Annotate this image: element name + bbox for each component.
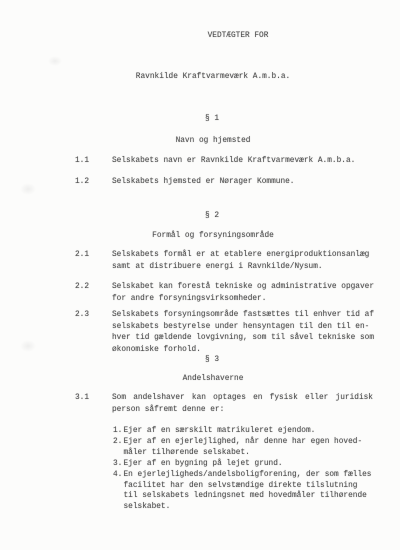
scan-smudge	[20, 183, 36, 195]
list-item-number: 3.	[113, 459, 124, 470]
clause-text: Selskabets forsyningsområde fastsættes t…	[112, 310, 375, 356]
clause-text: Selskabets navn er Ravnkilde Kraftvarmev…	[112, 156, 375, 168]
section-1-heading: Navn og hjemsted	[176, 136, 251, 148]
clause-line: Selskabet kan forestå tekniske og admini…	[112, 282, 375, 294]
list-item-text: Ejer af en ejerlejlighed, når denne har …	[124, 437, 376, 459]
document-title: VEDTÆGTER FOR	[208, 31, 269, 43]
clause-line: Selskabets hjemsted er Nørager Kommune.	[112, 177, 375, 189]
list-item: 3. Ejer af en bygning på lejet grund.	[113, 459, 375, 470]
clause-text: Selskabets hjemsted er Nørager Kommune.	[112, 177, 375, 189]
document-subtitle: Ravnkilde Kraftvarmeværk A.m.b.a.	[136, 72, 290, 84]
clause-line: for andre forsyningsvirksomheder.	[112, 294, 375, 306]
clause-text: Som andelshaver kan optages en fysisk el…	[112, 393, 375, 416]
clause-line: Selskabets forsyningsområde fastsættes t…	[112, 310, 375, 322]
list-item-line: selskabet.	[124, 502, 376, 513]
clause-number: 3.1	[75, 393, 112, 405]
section-1-mark: § 1	[205, 114, 219, 126]
list-item-line: til selskabets ledningsnet med hovedmåle…	[124, 491, 376, 502]
list-item-line: måler tilhørende selskabet.	[124, 448, 376, 459]
list-item-line: Ejer af en ejerlejlighed, når denne har …	[124, 437, 376, 448]
clause-2-3: 2.3 Selskabets forsyningsområde fastsætt…	[75, 310, 375, 356]
list-item-line: Ejer af en særskilt matrikuleret ejendom…	[124, 426, 376, 437]
list-item-line: En ejerlejligheds/andelsboligforening, d…	[124, 470, 376, 481]
clause-line: Selskabets formål er at etablere energip…	[112, 250, 375, 262]
clause-line: Som andelshaver kan optages en fysisk el…	[112, 393, 373, 405]
membership-conditions-list: 1. Ejer af en særskilt matrikuleret ejen…	[113, 426, 375, 513]
list-item-text: En ejerlejligheds/andelsboligforening, d…	[124, 470, 376, 514]
section-3-heading: Andelshaverne	[183, 374, 244, 386]
list-item: 1. Ejer af en særskilt matrikuleret ejen…	[113, 426, 375, 437]
clause-line: samt at distribuere energi i Ravnkilde/N…	[112, 262, 375, 274]
scan-smudge	[20, 340, 36, 352]
list-item-text: Ejer af en særskilt matrikuleret ejendom…	[124, 426, 376, 437]
clause-line: selskabets bestyrelse under hensyntagen …	[112, 322, 375, 334]
scanned-document-page: VEDTÆGTER FOR Ravnkilde Kraftvarmeværk A…	[0, 0, 400, 550]
clause-number: 1.2	[75, 177, 112, 189]
clause-2-1: 2.1 Selskabets formål er at etablere ene…	[75, 250, 375, 273]
clause-line: Selskabets navn er Ravnkilde Kraftvarmev…	[112, 156, 375, 168]
clause-1-1: 1.1 Selskabets navn er Ravnkilde Kraftva…	[75, 156, 375, 168]
list-item-text: Ejer af en bygning på lejet grund.	[124, 459, 376, 470]
scan-smudge	[48, 56, 62, 66]
list-item-line: facilitet har den selvstændige direkte t…	[124, 481, 376, 492]
list-item-number: 2.	[113, 437, 124, 448]
section-2-mark: § 2	[205, 211, 219, 223]
section-3-mark: § 3	[205, 355, 219, 367]
clause-3-1: 3.1 Som andelshaver kan optages en fysis…	[75, 393, 375, 416]
clause-text: Selskabet kan forestå tekniske og admini…	[112, 282, 375, 305]
list-item: 4. En ejerlejligheds/andelsboligforening…	[113, 470, 375, 514]
list-item: 2. Ejer af en ejerlejlighed, når denne h…	[113, 437, 375, 459]
clause-1-2: 1.2 Selskabets hjemsted er Nørager Kommu…	[75, 177, 375, 189]
section-2-heading: Formål og forsyningsområde	[152, 231, 274, 243]
clause-line: person såfremt denne er:	[112, 405, 375, 417]
clause-text: Selskabets formål er at etablere energip…	[112, 250, 375, 273]
clause-number: 1.1	[75, 156, 112, 168]
list-item-number: 4.	[113, 470, 124, 481]
clause-number: 2.2	[75, 282, 112, 294]
clause-number: 2.3	[75, 310, 112, 322]
list-item-number: 1.	[113, 426, 124, 437]
clause-number: 2.1	[75, 250, 112, 262]
clause-line: økonomiske forhold.	[112, 345, 375, 357]
clause-line: hver tid gældende lovgivning, som til så…	[112, 333, 375, 345]
clause-2-2: 2.2 Selskabet kan forestå tekniske og ad…	[75, 282, 375, 305]
list-item-line: Ejer af en bygning på lejet grund.	[124, 459, 376, 470]
